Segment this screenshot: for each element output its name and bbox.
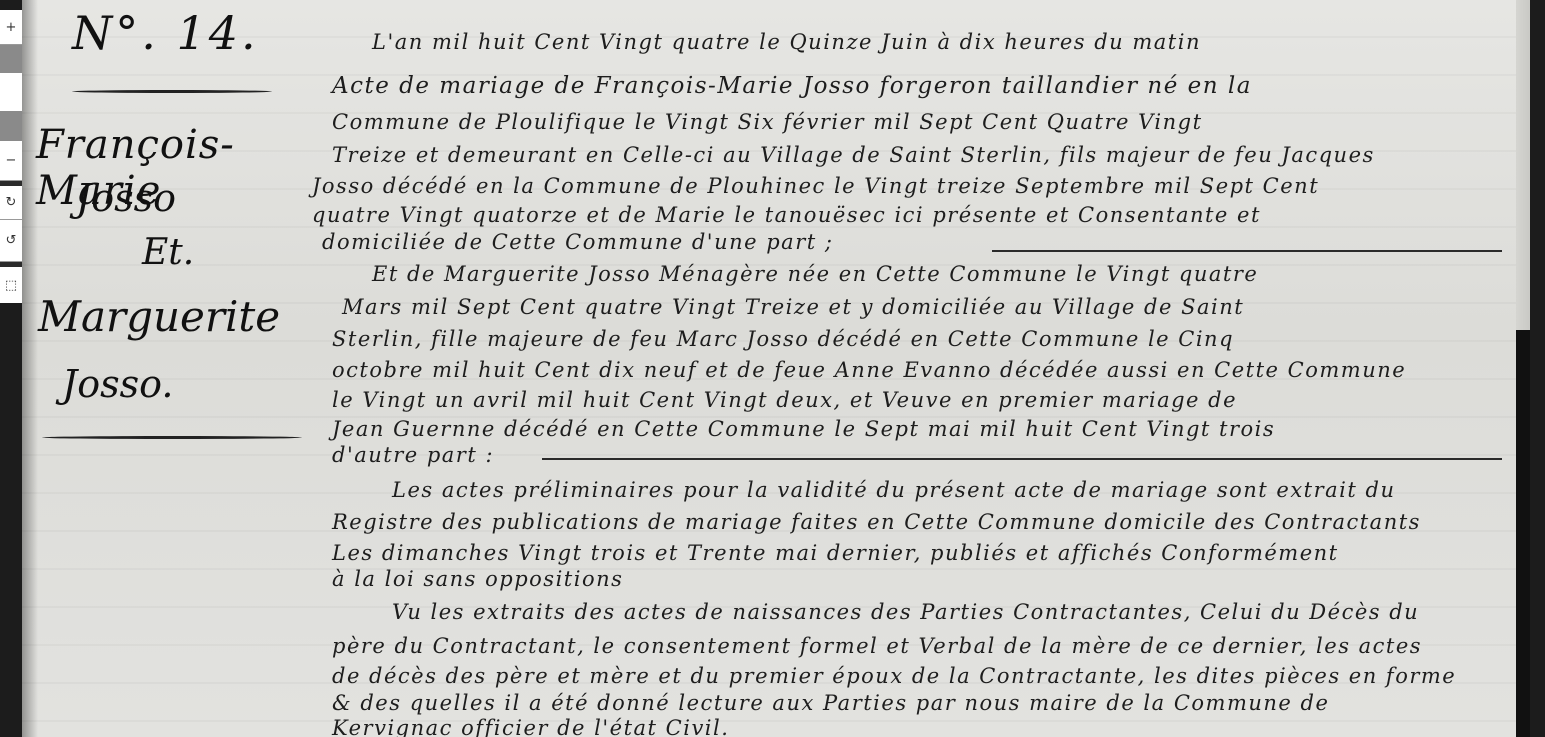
text-line: d'autre part : xyxy=(332,443,494,467)
filler-rule xyxy=(992,250,1502,252)
zoom-out-button[interactable]: − xyxy=(0,141,22,181)
text-line: à la loi sans oppositions xyxy=(332,567,623,591)
text-line: Commune de Ploulifique le Vingt Six févr… xyxy=(332,110,1203,134)
zoom-in-button[interactable]: + xyxy=(0,10,22,45)
margin-bride-surname: Josso. xyxy=(62,362,173,406)
text-line: Treize et demeurant en Celle-ci au Villa… xyxy=(332,143,1375,167)
zoom-slider[interactable] xyxy=(0,45,22,141)
text-line: Acte de mariage de François-Marie Josso … xyxy=(332,73,1252,99)
text-line: Kervignac officier de l'état Civil. xyxy=(332,716,729,737)
margin-column: N°. 14. François-Marie Josso Et. Marguer… xyxy=(22,0,322,737)
text-line: domiciliée de Cette Commune d'une part ; xyxy=(322,230,833,254)
text-line: Les actes préliminaires pour la validité… xyxy=(392,478,1395,502)
scanned-register-page[interactable]: N°. 14. François-Marie Josso Et. Marguer… xyxy=(22,0,1530,737)
text-line: & des quelles il a été donné lecture aux… xyxy=(332,691,1329,715)
page-edge xyxy=(1516,0,1530,330)
rotate-counterclockwise-icon: ↺ xyxy=(6,233,17,248)
text-line: Et de Marguerite Josso Ménagère née en C… xyxy=(372,262,1258,286)
act-body: L'an mil huit Cent Vingt quatre le Quinz… xyxy=(292,0,1512,737)
margin-bride-given-name: Marguerite xyxy=(38,292,280,341)
text-line: quatre Vingt quatorze et de Marie le tan… xyxy=(312,203,1261,227)
minus-icon: − xyxy=(6,153,17,168)
text-line: Vu les extraits des actes de naissances … xyxy=(392,600,1419,624)
zoom-slider-track xyxy=(0,111,22,141)
text-line: Les dimanches Vingt trois et Trente mai … xyxy=(332,541,1339,565)
page-edge-shadow xyxy=(1516,330,1530,737)
text-line: Registre des publications de mariage fai… xyxy=(332,510,1421,534)
flourish-divider xyxy=(72,90,272,93)
margin-groom-surname: Josso xyxy=(76,176,176,220)
rotate-left-button[interactable]: ↺ xyxy=(0,220,22,262)
act-number: N°. 14. xyxy=(72,6,259,60)
select-region-button[interactable]: ⬚ xyxy=(0,267,22,303)
margin-conjunction: Et. xyxy=(142,232,194,273)
filler-rule xyxy=(542,458,1502,460)
text-line: père du Contractant, le consentement for… xyxy=(332,634,1422,658)
text-line: le Vingt un avril mil huit Cent Vingt de… xyxy=(332,388,1237,412)
plus-icon: + xyxy=(6,20,17,35)
zoom-slider-track xyxy=(0,45,22,73)
text-line: Sterlin, fille majeure de feu Marc Josso… xyxy=(332,327,1234,351)
viewer-toolbar: + − ↻ ↺ ⬚ xyxy=(0,0,22,300)
text-line: Josso décédé en la Commune de Plouhinec … xyxy=(312,174,1319,198)
rotate-right-button[interactable]: ↻ xyxy=(0,186,22,220)
dashed-square-icon: ⬚ xyxy=(5,278,17,293)
flourish-divider xyxy=(42,436,302,439)
image-viewer[interactable]: N°. 14. François-Marie Josso Et. Marguer… xyxy=(0,0,1545,737)
text-line: Jean Guernne décédé en Cette Commune le … xyxy=(332,417,1275,441)
text-line: L'an mil huit Cent Vingt quatre le Quinz… xyxy=(372,30,1201,54)
text-line: octobre mil huit Cent dix neuf et de feu… xyxy=(332,358,1406,382)
text-line: de décès des père et mère et du premier … xyxy=(332,664,1456,688)
text-line: Mars mil Sept Cent quatre Vingt Treize e… xyxy=(342,295,1244,319)
rotate-clockwise-icon: ↻ xyxy=(6,195,17,210)
